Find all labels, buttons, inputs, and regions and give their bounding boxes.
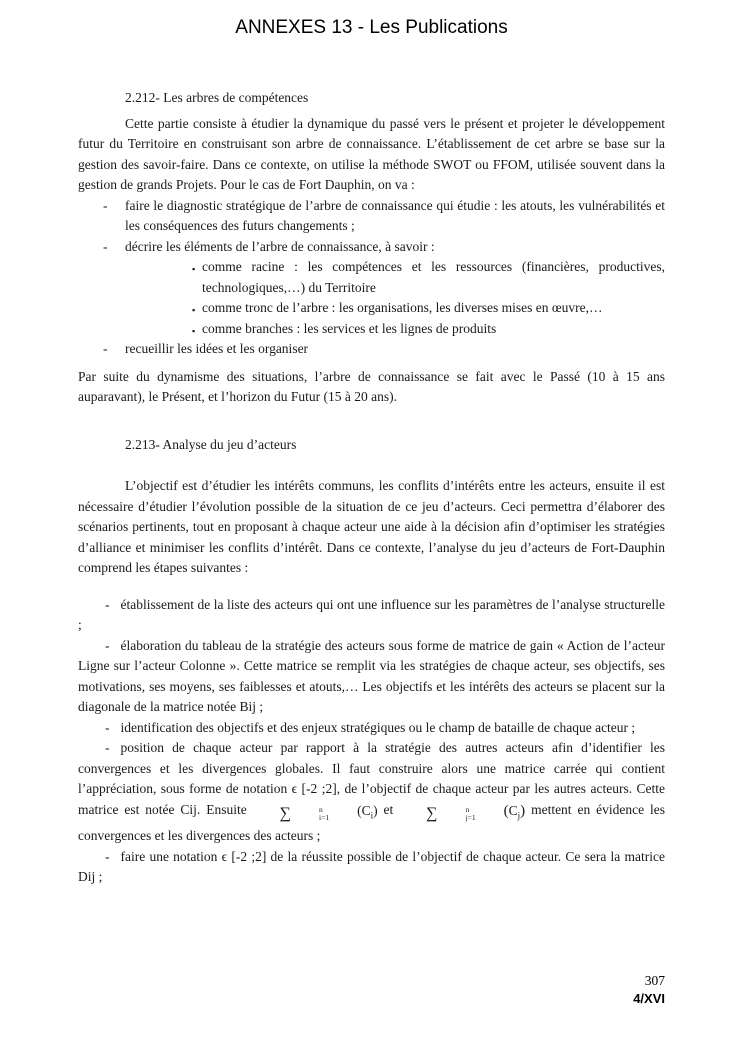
section-heading-2212: 2.212- Les arbres de compétences (78, 88, 665, 109)
dash-bullet: - (105, 638, 121, 653)
sub-list-item: ▪ comme tronc de l’arbre : les organisat… (78, 298, 665, 319)
page-footer: 307 4/XVI (633, 972, 665, 1008)
list-item: - faire le diagnostic stratégique de l’a… (78, 196, 665, 237)
sub-list-item-text: comme tronc de l’arbre : les organisatio… (202, 300, 603, 315)
sub-list-item: ▪ comme branches : les services et les l… (78, 319, 665, 340)
dash-bullet: - (103, 237, 108, 258)
summation-formula: ∑ni=1(Ci) (253, 801, 378, 826)
annex-page-number: 4/XVI (633, 990, 665, 1008)
list-item-text: faire le diagnostic stratégique de l’arb… (125, 198, 665, 234)
page-number: 307 (633, 972, 665, 990)
list-item-text: établissement de la liste des acteurs qu… (78, 597, 665, 633)
list-item: - recueillir les idées et les organiser (78, 339, 665, 360)
list-item-text: identification des objectifs et des enje… (121, 720, 636, 735)
square-bullet: ▪ (192, 321, 195, 342)
dash-bullet: - (105, 740, 121, 755)
list-item-text: recueillir les idées et les organiser (125, 341, 308, 356)
list-item-text: élaboration du tableau de la stratégie d… (78, 638, 665, 715)
sub-list-item-text: comme branches : les services et les lig… (202, 321, 496, 336)
dash-bullet: - (103, 339, 108, 360)
list-item-text: décrire les éléments de l’arbre de conna… (125, 239, 435, 254)
list-item-text: position de chaque acteur par rapport à … (78, 740, 665, 843)
document-page: ANNEXES 13 - Les Publications 2.212- Les… (0, 0, 745, 1053)
page-title: ANNEXES 13 - Les Publications (78, 0, 665, 40)
square-bullet: ▪ (192, 300, 195, 321)
list-item: -faire une notation ϵ [-2 ;2] de la réus… (78, 847, 665, 888)
list-item: -élaboration du tableau de la stratégie … (78, 636, 665, 718)
square-bullet: ▪ (192, 259, 195, 280)
section1-paragraph: Cette partie consiste à étudier la dynam… (78, 114, 665, 196)
sub-list-item: ▪ comme racine : les compétences et les … (78, 257, 665, 298)
list-item: -position de chaque acteur par rapport à… (78, 738, 665, 847)
list-item: -établissement de la liste des acteurs q… (78, 595, 665, 636)
dash-bullet: - (105, 720, 121, 735)
dash-bullet: - (105, 597, 121, 612)
section1-closing-paragraph: Par suite du dynamisme des situations, l… (78, 367, 665, 408)
list-item: -identification des objectifs et des enj… (78, 718, 665, 739)
summation-formula: ∑nj=1(Cj) (399, 801, 525, 826)
list-item-text: faire une notation ϵ [-2 ;2] de la réuss… (78, 849, 665, 885)
dash-bullet: - (105, 849, 121, 864)
sub-list-item-text: comme racine : les compétences et les re… (202, 259, 665, 295)
section-heading-2213: 2.213- Analyse du jeu d’acteurs (78, 435, 665, 456)
section2-list: -établissement de la liste des acteurs q… (78, 595, 665, 888)
section2-paragraph: L’objectif est d’étudier les intérêts co… (78, 476, 665, 579)
dash-bullet: - (103, 196, 108, 217)
section1-list: - faire le diagnostic stratégique de l’a… (78, 196, 665, 360)
list-item: - décrire les éléments de l’arbre de con… (78, 237, 665, 258)
